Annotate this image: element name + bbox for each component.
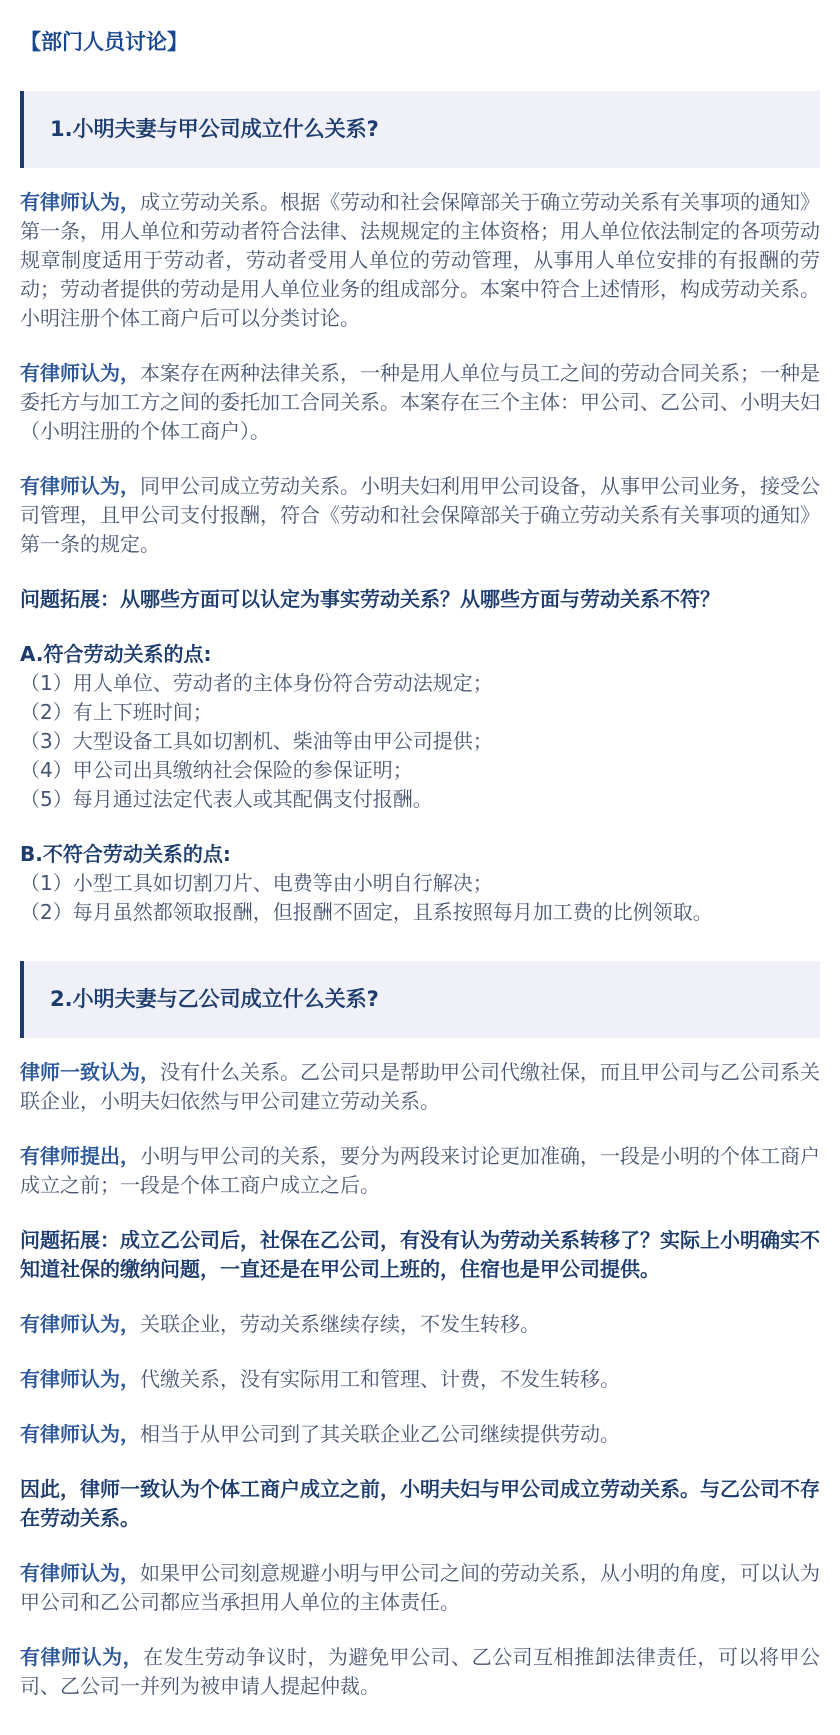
- section-2-paragraph-6: 有律师认为，如果甲公司刻意规避小明与甲公司之间的劳动关系，从小明的角度，可以认为…: [20, 1559, 820, 1617]
- lawyer-opinion-lead: 有律师认为，: [20, 1645, 143, 1669]
- section-2-heading: 2.小明夫妻与乙公司成立什么关系?: [20, 961, 820, 1038]
- section-1-paragraph-2: 有律师认为，本案存在两种法律关系，一种是用人单位与员工之间的劳动合同关系；一种是…: [20, 359, 820, 446]
- lawyer-opinion-lead: 有律师认为，: [20, 361, 140, 385]
- page-title: 【部门人员讨论】: [20, 28, 820, 57]
- lawyer-proposal-lead: 有律师提出，: [20, 1144, 140, 1168]
- list-item: （1）用人单位、劳动者的主体身份符合劳动法规定；: [20, 669, 820, 698]
- list-b-heading: B.不符合劳动关系的点:: [20, 840, 820, 869]
- section-2-conclusion: 因此，律师一致认为个体工商户成立之前，小明夫妇与甲公司成立劳动关系。与乙公司不存…: [20, 1475, 820, 1533]
- non-matching-points-list: B.不符合劳动关系的点: （1）小型工具如切割刀片、电费等由小明自行解决； （2…: [20, 840, 820, 927]
- section-2-question-expansion: 问题拓展：成立乙公司后，社保在乙公司，有没有认为劳动关系转移了？实际上小明确实不…: [20, 1226, 820, 1284]
- lawyer-consensus-lead: 律师一致认为，: [20, 1060, 160, 1084]
- list-item: （4）甲公司出具缴纳社会保险的参保证明；: [20, 756, 820, 785]
- list-a-heading: A.符合劳动关系的点:: [20, 640, 820, 669]
- list-item: （2）每月虽然都领取报酬，但报酬不固定，且系按照每月加工费的比例领取。: [20, 898, 820, 927]
- lawyer-opinion-lead: 有律师认为，: [20, 190, 140, 214]
- matching-points-list: A.符合劳动关系的点: （1）用人单位、劳动者的主体身份符合劳动法规定； （2）…: [20, 640, 820, 814]
- section-2-paragraph-7: 有律师认为，在发生劳动争议时，为避免甲公司、乙公司互相推卸法律责任，可以将甲公司…: [20, 1643, 820, 1701]
- document-page: 【部门人员讨论】 1.小明夫妻与甲公司成立什么关系? 有律师认为，成立劳动关系。…: [0, 0, 840, 1735]
- lawyer-opinion-lead: 有律师认为，: [20, 1312, 140, 1336]
- section-2-paragraph-4: 有律师认为，代缴关系，没有实际用工和管理、计费，不发生转移。: [20, 1365, 820, 1394]
- lawyer-opinion-lead: 有律师认为，: [20, 474, 140, 498]
- section-2-paragraph-2: 有律师提出，小明与甲公司的关系，要分为两段来讨论更加准确，一段是小明的个体工商户…: [20, 1142, 820, 1200]
- paragraph-text: 同甲公司成立劳动关系。小明夫妇利用甲公司设备，从事甲公司业务，接受公司管理，且甲…: [20, 474, 820, 556]
- paragraph-text: 关联企业，劳动关系继续存续，不发生转移。: [140, 1312, 540, 1336]
- paragraph-text: 成立劳动关系。根据《劳动和社会保障部关于确立劳动关系有关事项的通知》第一条，用人…: [20, 190, 820, 330]
- section-1-paragraph-1: 有律师认为，成立劳动关系。根据《劳动和社会保障部关于确立劳动关系有关事项的通知》…: [20, 188, 820, 333]
- section-1-question-expansion: 问题拓展：从哪些方面可以认定为事实劳动关系？从哪些方面与劳动关系不符？: [20, 585, 820, 614]
- list-item: （3）大型设备工具如切割机、柴油等由甲公司提供；: [20, 727, 820, 756]
- list-item: （2）有上下班时间；: [20, 698, 820, 727]
- list-item: （5）每月通过法定代表人或其配偶支付报酬。: [20, 785, 820, 814]
- section-2-paragraph-1: 律师一致认为，没有什么关系。乙公司只是帮助甲公司代缴社保，而且甲公司与乙公司系关…: [20, 1058, 820, 1116]
- list-item: （1）小型工具如切割刀片、电费等由小明自行解决；: [20, 869, 820, 898]
- section-1-paragraph-3: 有律师认为，同甲公司成立劳动关系。小明夫妇利用甲公司设备，从事甲公司业务，接受公…: [20, 472, 820, 559]
- paragraph-text: 小明与甲公司的关系，要分为两段来讨论更加准确，一段是小明的个体工商户成立之前；一…: [20, 1144, 820, 1197]
- lawyer-opinion-lead: 有律师认为，: [20, 1422, 140, 1446]
- paragraph-text: 代缴关系，没有实际用工和管理、计费，不发生转移。: [140, 1367, 620, 1391]
- section-2-paragraph-5: 有律师认为，相当于从甲公司到了其关联企业乙公司继续提供劳动。: [20, 1420, 820, 1449]
- section-1-heading: 1.小明夫妻与甲公司成立什么关系?: [20, 91, 820, 168]
- lawyer-opinion-lead: 有律师认为，: [20, 1367, 140, 1391]
- section-2-paragraph-3: 有律师认为，关联企业，劳动关系继续存续，不发生转移。: [20, 1310, 820, 1339]
- lawyer-opinion-lead: 有律师认为，: [20, 1561, 140, 1585]
- paragraph-text: 相当于从甲公司到了其关联企业乙公司继续提供劳动。: [140, 1422, 620, 1446]
- paragraph-text: 本案存在两种法律关系，一种是用人单位与员工之间的劳动合同关系；一种是委托方与加工…: [20, 361, 820, 443]
- paragraph-text: 如果甲公司刻意规避小明与甲公司之间的劳动关系，从小明的角度，可以认为甲公司和乙公…: [20, 1561, 820, 1614]
